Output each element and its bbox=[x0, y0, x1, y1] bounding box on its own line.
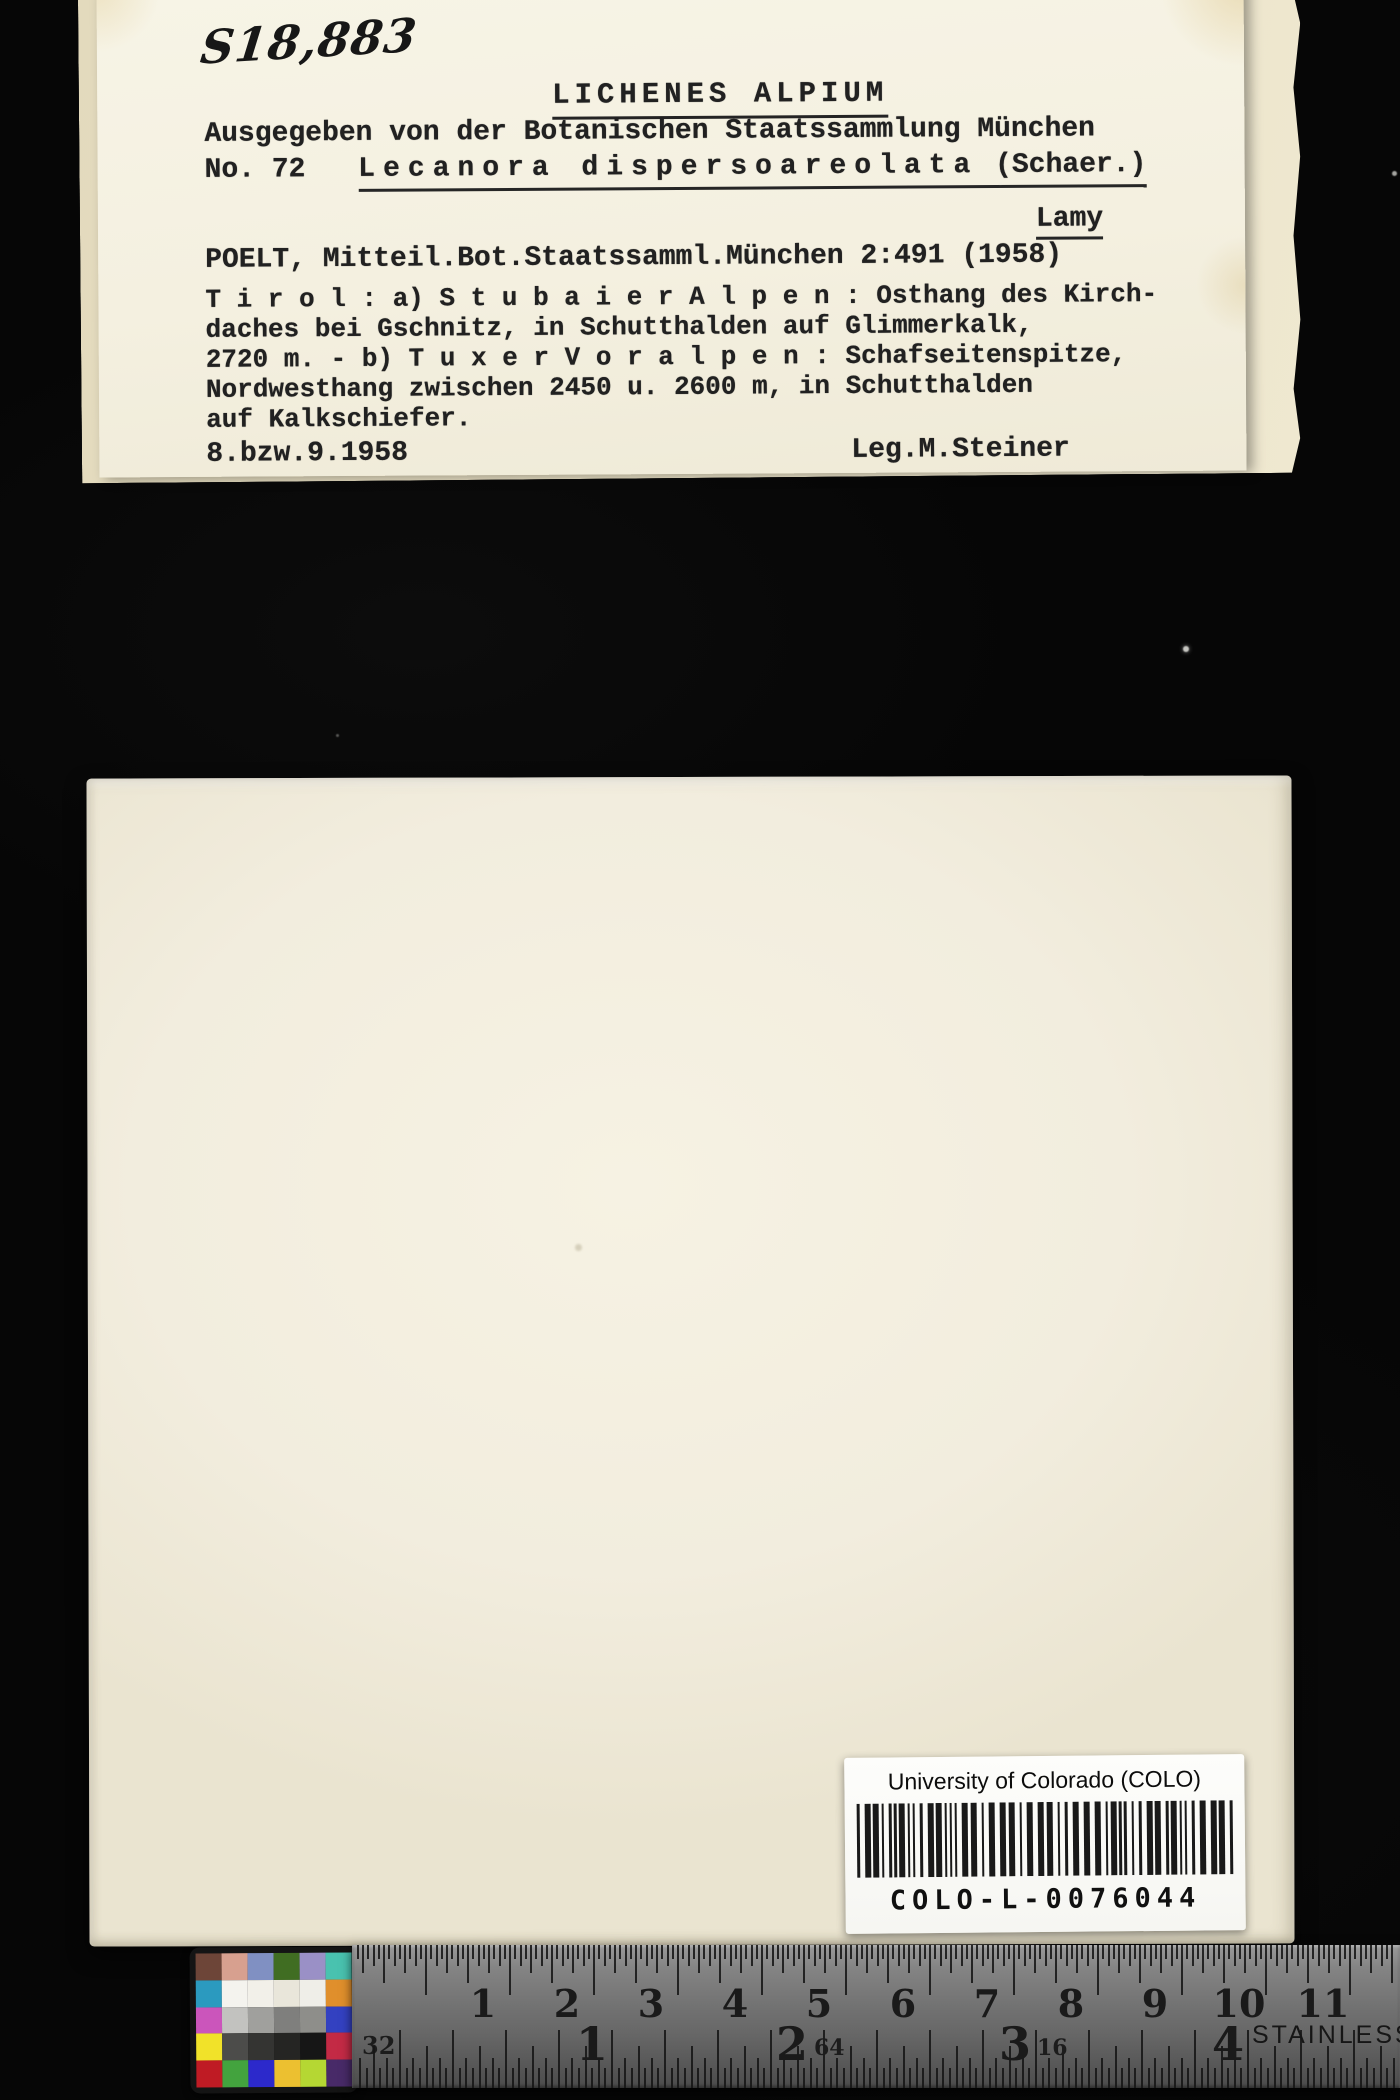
ruler-tick bbox=[399, 1945, 401, 1959]
ruler-tick bbox=[1380, 2046, 1382, 2088]
color-patch bbox=[326, 2033, 352, 2060]
ruler-tick bbox=[479, 2046, 481, 2088]
ruler-tick bbox=[798, 1945, 800, 1959]
ruler-tick bbox=[1150, 1945, 1152, 1966]
ruler-tick bbox=[1071, 1945, 1073, 1959]
ruler-tick bbox=[583, 1945, 585, 1966]
ruler-tick bbox=[787, 1945, 789, 1959]
ruler-tick bbox=[1312, 1945, 1314, 1959]
ruler-tick bbox=[803, 1945, 805, 1983]
ruler-inch-number: 5 bbox=[806, 1981, 832, 2026]
ruler-tick bbox=[1002, 2068, 1004, 2088]
ruler-tick bbox=[1386, 1945, 1388, 1959]
ruler-tick bbox=[719, 1945, 721, 1983]
ruler-tick bbox=[1165, 1945, 1167, 1959]
ruler-tick bbox=[1214, 2068, 1216, 2088]
paper-blemish bbox=[575, 1244, 582, 1251]
ruler-tick bbox=[898, 1945, 900, 1966]
barcode-bar bbox=[864, 1804, 871, 1878]
ruler-tick bbox=[793, 1945, 795, 1966]
species-name: Lecanora dispersoareolata bbox=[358, 150, 978, 185]
ruler-tick bbox=[409, 1945, 411, 1959]
ruler-tick bbox=[819, 1945, 821, 1959]
ruler-tick bbox=[1134, 1945, 1136, 1959]
barcode-bar bbox=[1072, 1802, 1079, 1876]
ruler-tick bbox=[777, 2068, 779, 2088]
ruler-tick bbox=[1247, 2030, 1249, 2088]
ruler-tick bbox=[1055, 2068, 1057, 2088]
series-title: LICHENES ALPIUM bbox=[552, 77, 888, 120]
color-calibration-target bbox=[189, 1946, 358, 2093]
ruler-tick bbox=[1286, 1945, 1288, 1973]
color-patch bbox=[300, 2060, 326, 2087]
ruler-tick bbox=[1148, 2068, 1150, 2088]
ruler-tick bbox=[908, 1945, 910, 1973]
ruler-tick bbox=[625, 1945, 627, 1966]
ruler-tick bbox=[420, 1945, 422, 1959]
ruler-tick bbox=[661, 1945, 663, 1959]
ruler-tick bbox=[1168, 2046, 1170, 2088]
ruler-tick bbox=[1307, 2068, 1309, 2088]
ruler-tick bbox=[1207, 2058, 1209, 2088]
ruler-tick bbox=[929, 2030, 931, 2088]
ruler-tick bbox=[1201, 2068, 1203, 2088]
ruler-tick bbox=[782, 1945, 784, 1973]
ruler-tick bbox=[950, 1945, 952, 1973]
ruler-tick bbox=[520, 1945, 522, 1966]
ruler-tick bbox=[432, 2068, 434, 2088]
ruler-tick bbox=[863, 2058, 865, 2088]
ruler-tick bbox=[1240, 2068, 1242, 2088]
barcode-bar bbox=[1124, 1801, 1127, 1875]
ruler-tick bbox=[882, 1945, 884, 1959]
ruler-tick bbox=[740, 1945, 742, 1973]
ruler-tick bbox=[772, 1945, 774, 1966]
ruler-tick bbox=[532, 2046, 534, 2088]
color-patch bbox=[274, 2006, 300, 2033]
barcode-bar bbox=[936, 1803, 943, 1877]
species-authority: (Schaer.) bbox=[995, 149, 1146, 181]
ruler-tick bbox=[1244, 1945, 1246, 1973]
barcode-bar bbox=[1019, 1802, 1022, 1876]
ruler-tick bbox=[604, 2068, 606, 2088]
barcode-bar bbox=[1110, 1801, 1117, 1875]
ruler-tick bbox=[1202, 1945, 1204, 1973]
barcode-bar bbox=[949, 1803, 952, 1877]
ruler-tick bbox=[640, 1945, 642, 1959]
ruler-tick bbox=[777, 1945, 779, 1959]
ruler-tick bbox=[512, 2068, 514, 2088]
ruler-tick bbox=[829, 1945, 831, 1959]
ruler-tick bbox=[1171, 1945, 1173, 1966]
ruler-tick bbox=[609, 1945, 611, 1959]
ruler-tick bbox=[756, 1945, 758, 1959]
ruler-tick bbox=[1346, 2068, 1348, 2088]
barcode-bar bbox=[1192, 1801, 1195, 1875]
ruler-tick bbox=[619, 1945, 621, 1959]
ruler-tick bbox=[761, 1945, 763, 1995]
ruler-tick bbox=[830, 2068, 832, 2088]
ruler-tick bbox=[483, 1945, 485, 1959]
barcode-bar bbox=[944, 1803, 947, 1877]
ruler-tick bbox=[962, 2068, 964, 2088]
ruler-tick bbox=[379, 2068, 381, 2088]
ruler-tick bbox=[803, 2068, 805, 2088]
ruler-tick bbox=[1333, 2068, 1335, 2088]
ruler-tick bbox=[810, 2058, 812, 2088]
issued-by-line: Ausgegeben von der Botanischen Staatssam… bbox=[204, 113, 1095, 149]
ruler-tick bbox=[1068, 2068, 1070, 2088]
ruler-tick bbox=[505, 2030, 507, 2088]
ruler-tick bbox=[545, 2058, 547, 2088]
ruler-tick bbox=[924, 1945, 926, 1959]
ruler-tick bbox=[845, 1945, 847, 1995]
ruler-tick bbox=[709, 1945, 711, 1966]
species-authority-2: Lamy bbox=[1036, 203, 1103, 239]
barcode-bar bbox=[954, 1803, 957, 1877]
color-patch bbox=[196, 1980, 222, 2007]
ruler-tick bbox=[556, 1945, 558, 1959]
ruler-tick bbox=[987, 1945, 989, 1959]
barcode-bar bbox=[1038, 1802, 1045, 1876]
ruler-tick bbox=[1176, 1945, 1178, 1959]
ruler-tick bbox=[971, 1945, 973, 1983]
ruler-tick bbox=[1050, 1945, 1052, 1959]
ruler-tick bbox=[1042, 2068, 1044, 2088]
ruler-tick bbox=[1018, 1945, 1020, 1959]
ruler-tick bbox=[465, 2058, 467, 2088]
ruler-tick bbox=[638, 2046, 640, 2088]
color-patch bbox=[222, 2060, 248, 2087]
ruler-tick bbox=[1353, 2030, 1355, 2088]
ruler-tick bbox=[504, 1945, 506, 1959]
species-line: No. 72 Lecanora dispersoareolata (Schaer… bbox=[205, 149, 1147, 186]
ruler-tick bbox=[919, 1945, 921, 1966]
ruler-tick bbox=[530, 1945, 532, 1973]
barcode-bar bbox=[912, 1803, 915, 1877]
ruler-tick bbox=[1088, 2030, 1090, 2088]
ruler-tick bbox=[373, 1945, 375, 1966]
ruler-tick bbox=[1003, 1945, 1005, 1966]
ruler-tick bbox=[840, 1945, 842, 1959]
barcode-bar bbox=[970, 1803, 977, 1877]
ruler-tick bbox=[419, 2068, 421, 2088]
ruler-tick bbox=[1013, 1945, 1015, 1995]
ruler-tick bbox=[992, 1945, 994, 1973]
ruler-tick bbox=[1194, 2030, 1196, 2088]
ruler-tick bbox=[896, 2068, 898, 2088]
barcode-icon bbox=[855, 1800, 1236, 1878]
ruler-tick bbox=[467, 1945, 469, 1983]
ruler-tick bbox=[688, 1945, 690, 1966]
ruler-tick bbox=[478, 1945, 480, 1966]
ruler-tick bbox=[1293, 2068, 1295, 2088]
ruler-tick bbox=[1260, 1945, 1262, 1959]
ruler-tick bbox=[493, 1945, 495, 1959]
ruler-tick bbox=[1270, 1945, 1272, 1959]
ruler-tick bbox=[1267, 2068, 1269, 2088]
barcode-bar bbox=[1008, 1802, 1015, 1876]
ruler-tick bbox=[452, 2030, 454, 2088]
ruler-tick bbox=[856, 2068, 858, 2088]
color-patch bbox=[326, 2006, 352, 2033]
ruler-tick bbox=[1034, 1945, 1036, 1973]
ruler-tick bbox=[1227, 2068, 1229, 2088]
ruler-tick bbox=[378, 1945, 380, 1959]
ruler-tick bbox=[766, 1945, 768, 1959]
color-patch bbox=[274, 1953, 300, 1980]
ruler-tick bbox=[982, 2030, 984, 2088]
ruler-tick bbox=[404, 1945, 406, 1973]
ruler-tick bbox=[735, 1945, 737, 1959]
ruler-tick bbox=[366, 2068, 368, 2088]
ruler-tick bbox=[1113, 1945, 1115, 1959]
ruler-tick bbox=[1249, 1945, 1251, 1959]
ruler-tick bbox=[1276, 1945, 1278, 1966]
ruler-tick bbox=[457, 1945, 459, 1966]
ruler-tick bbox=[618, 2068, 620, 2088]
ruler-tick bbox=[1139, 1945, 1141, 1983]
barcode-bar bbox=[1139, 1801, 1142, 1875]
barcode-bar bbox=[1105, 1801, 1108, 1875]
ruler-tick bbox=[430, 1945, 432, 1959]
inch-ruler: 32 STAINLESS ST 123456789101112643164 bbox=[352, 1945, 1400, 2088]
ruler-tick bbox=[383, 1945, 385, 1983]
ruler-tick bbox=[682, 1945, 684, 1959]
ruler-tick bbox=[1075, 2058, 1077, 2088]
ruler-tick bbox=[1280, 2068, 1282, 2088]
ruler-tick bbox=[1160, 1945, 1162, 1973]
ruler-tick bbox=[472, 2068, 474, 2088]
ruler-tick bbox=[936, 2068, 938, 2088]
ruler-tick bbox=[462, 1945, 464, 1959]
ruler-tick bbox=[359, 2058, 361, 2088]
ruler-tick bbox=[887, 1945, 889, 1983]
ruler-tick bbox=[577, 1945, 579, 1959]
ruler-tick bbox=[889, 2058, 891, 2088]
ruler-tick bbox=[667, 1945, 669, 1966]
ruler-tick bbox=[1354, 1945, 1356, 1959]
species-binomial: Lecanora dispersoareolata (Schaer.) bbox=[358, 149, 1146, 192]
ruler-tick bbox=[1365, 1945, 1367, 1959]
color-patch bbox=[300, 2006, 326, 2033]
ruler-tick bbox=[966, 1945, 968, 1959]
barcode-bar bbox=[1131, 1801, 1134, 1875]
ruler-tick bbox=[509, 1945, 511, 1995]
ruler-inch-number: 7 bbox=[974, 1981, 1000, 2026]
ruler-tick bbox=[412, 2058, 414, 2088]
ruler-tick bbox=[664, 2030, 666, 2088]
ruler-tick bbox=[362, 1945, 364, 1973]
color-patch bbox=[196, 2034, 222, 2061]
ruler-inch-number: 11 bbox=[1297, 1981, 1350, 2026]
ruler-tick bbox=[604, 1945, 606, 1966]
color-patch bbox=[248, 2060, 274, 2087]
ruler-tick bbox=[1115, 2046, 1117, 2088]
barcode-bar bbox=[1171, 1801, 1178, 1875]
ruler-tick bbox=[770, 2030, 772, 2088]
ruler-tick bbox=[671, 2068, 673, 2088]
ruler-tick bbox=[730, 1945, 732, 1966]
ruler-tick bbox=[525, 2068, 527, 2088]
ruler-tick bbox=[757, 2058, 759, 2088]
ruler-tick bbox=[630, 1945, 632, 1959]
ruler-tick bbox=[656, 1945, 658, 1973]
ruler-tick bbox=[866, 1945, 868, 1973]
ruler-tick bbox=[710, 2068, 712, 2088]
ruler-tick bbox=[871, 1945, 873, 1959]
ruler-tick bbox=[535, 1945, 537, 1959]
ruler-tick bbox=[672, 1945, 674, 1959]
ruler-tick bbox=[1092, 1945, 1094, 1959]
locality-line: auf Kalkschiefer. bbox=[206, 399, 1158, 435]
ruler-tick bbox=[1039, 1945, 1041, 1959]
ruler-tick bbox=[949, 2068, 951, 2088]
ruler-tick bbox=[850, 1945, 852, 1959]
color-patch bbox=[326, 1952, 352, 1979]
ruler-tick bbox=[492, 2058, 494, 2088]
ruler-tick bbox=[565, 2068, 567, 2088]
ruler-tick bbox=[843, 2068, 845, 2088]
ruler-bottom-number: 2 bbox=[776, 2017, 808, 2071]
color-patch bbox=[326, 2060, 352, 2087]
ruler-tick bbox=[808, 1945, 810, 1959]
ruler-tick bbox=[1370, 1945, 1372, 1973]
barcode-bar bbox=[920, 1803, 923, 1877]
ruler-tick bbox=[1192, 1945, 1194, 1966]
ruler-tick bbox=[1360, 2068, 1362, 2088]
color-patch bbox=[222, 1980, 248, 2007]
ruler-tick bbox=[651, 1945, 653, 1959]
barcode-bar bbox=[981, 1803, 984, 1877]
ruler-tick bbox=[975, 2068, 977, 2088]
ruler-tick bbox=[929, 1945, 931, 1995]
ruler-tick bbox=[976, 1945, 978, 1959]
ruler-tick bbox=[525, 1945, 527, 1959]
photo-stage: S18,883 LICHENES ALPIUM Ausgegeben von d… bbox=[0, 0, 1400, 2100]
ruler-tick bbox=[703, 1945, 705, 1959]
ruler-tick bbox=[1123, 1945, 1125, 1959]
ruler-tick bbox=[1181, 2058, 1183, 2088]
ruler-tick bbox=[1144, 1945, 1146, 1959]
ruler-tick bbox=[514, 1945, 516, 1959]
ruler-tick bbox=[945, 1945, 947, 1959]
ruler-tick bbox=[677, 2058, 679, 2088]
ruler-tick bbox=[446, 1945, 448, 1973]
ruler-tick bbox=[1186, 1945, 1188, 1959]
ruler-tick bbox=[724, 1945, 726, 1959]
ruler-tick bbox=[1081, 2068, 1083, 2088]
ruler-tick bbox=[691, 2046, 693, 2088]
ruler-tick bbox=[1141, 2030, 1143, 2088]
ruler-tick bbox=[1108, 2068, 1110, 2088]
ruler-tick bbox=[488, 1945, 490, 1973]
ruler-tick bbox=[1024, 1945, 1026, 1966]
ruler-tick bbox=[578, 2068, 580, 2088]
barcode-bar bbox=[1065, 1802, 1068, 1876]
barcode-value: COLO-L-0076044 bbox=[845, 1882, 1245, 1917]
ruler-tick bbox=[441, 1945, 443, 1959]
ruler-tick bbox=[1155, 1945, 1157, 1959]
ruler-tick bbox=[1121, 2068, 1123, 2088]
ruler-tick bbox=[1239, 1945, 1241, 1959]
ruler-tick bbox=[1228, 1945, 1230, 1959]
ruler-tick bbox=[790, 2068, 792, 2088]
ruler-tick bbox=[1174, 2068, 1176, 2088]
ruler-tick bbox=[426, 2046, 428, 2088]
ruler-tick bbox=[367, 1945, 369, 1959]
ruler-tick bbox=[1066, 1945, 1068, 1966]
ruler-tick bbox=[459, 2068, 461, 2088]
color-patch bbox=[248, 1953, 274, 1980]
ruler-tick bbox=[1281, 1945, 1283, 1959]
ruler-tick bbox=[1055, 1945, 1057, 1983]
ruler-tick bbox=[892, 1945, 894, 1959]
barcode-bar bbox=[1146, 1801, 1153, 1875]
ruler-tick bbox=[916, 2058, 918, 2088]
ruler-tick bbox=[1318, 1945, 1320, 1966]
ruler-tick bbox=[1223, 1945, 1225, 1983]
ruler-tick bbox=[1213, 1945, 1215, 1966]
ruler-tick bbox=[1320, 2068, 1322, 2088]
barcode-bar bbox=[899, 1803, 906, 1877]
ruler-tick bbox=[499, 1945, 501, 1966]
ruler-tick bbox=[406, 2068, 408, 2088]
ruler-tick bbox=[1323, 1945, 1325, 1959]
ruler-tick bbox=[969, 2058, 971, 2088]
color-patch bbox=[274, 2033, 300, 2060]
ruler-tick bbox=[1393, 2058, 1395, 2088]
ruler-tick bbox=[995, 2058, 997, 2088]
ruler-tick bbox=[1102, 1945, 1104, 1959]
locality-line: Nordwesthang zwischen 2450 u. 2600 m, in… bbox=[206, 369, 1158, 405]
ruler-tick bbox=[439, 2058, 441, 2088]
specimen-number: No. 72 bbox=[205, 154, 306, 186]
barcode-bar bbox=[1184, 1801, 1187, 1875]
ruler-tick bbox=[1118, 1945, 1120, 1973]
ruler-tick bbox=[631, 2068, 633, 2088]
ruler-tick bbox=[903, 1945, 905, 1959]
ruler-tick bbox=[646, 1945, 648, 1966]
ruler-tick bbox=[614, 1945, 616, 1973]
barcode-bar bbox=[1155, 1801, 1162, 1875]
barcode-bar bbox=[894, 1803, 897, 1877]
ruler-tick bbox=[1028, 2068, 1030, 2088]
ruler-tick bbox=[922, 2068, 924, 2088]
ruler-tick bbox=[737, 2068, 739, 2088]
ruler-tick bbox=[1340, 2058, 1342, 2088]
ruler-tick bbox=[1187, 2068, 1189, 2088]
ruler-tick bbox=[1375, 1945, 1377, 1959]
barcode-bar bbox=[873, 1804, 880, 1878]
ruler-tick bbox=[877, 1945, 879, 1966]
ruler-tick bbox=[717, 2030, 719, 2088]
ruler-tick bbox=[445, 2068, 447, 2088]
barcode-bar bbox=[1210, 1800, 1217, 1874]
ruler-tick bbox=[684, 2068, 686, 2088]
ruler-tick bbox=[816, 2068, 818, 2088]
ruler-tick bbox=[750, 2068, 752, 2088]
color-patch bbox=[300, 1953, 326, 1980]
ruler-tick bbox=[588, 1945, 590, 1959]
ruler-tick bbox=[373, 2046, 375, 2088]
ruler-tick bbox=[593, 1945, 595, 1995]
ruler-tick bbox=[624, 2058, 626, 2088]
ruler-tick bbox=[635, 1945, 637, 1983]
ruler-tick bbox=[598, 1945, 600, 1959]
ruler-tick bbox=[942, 2058, 944, 2088]
ruler-tick bbox=[1307, 1945, 1309, 1983]
